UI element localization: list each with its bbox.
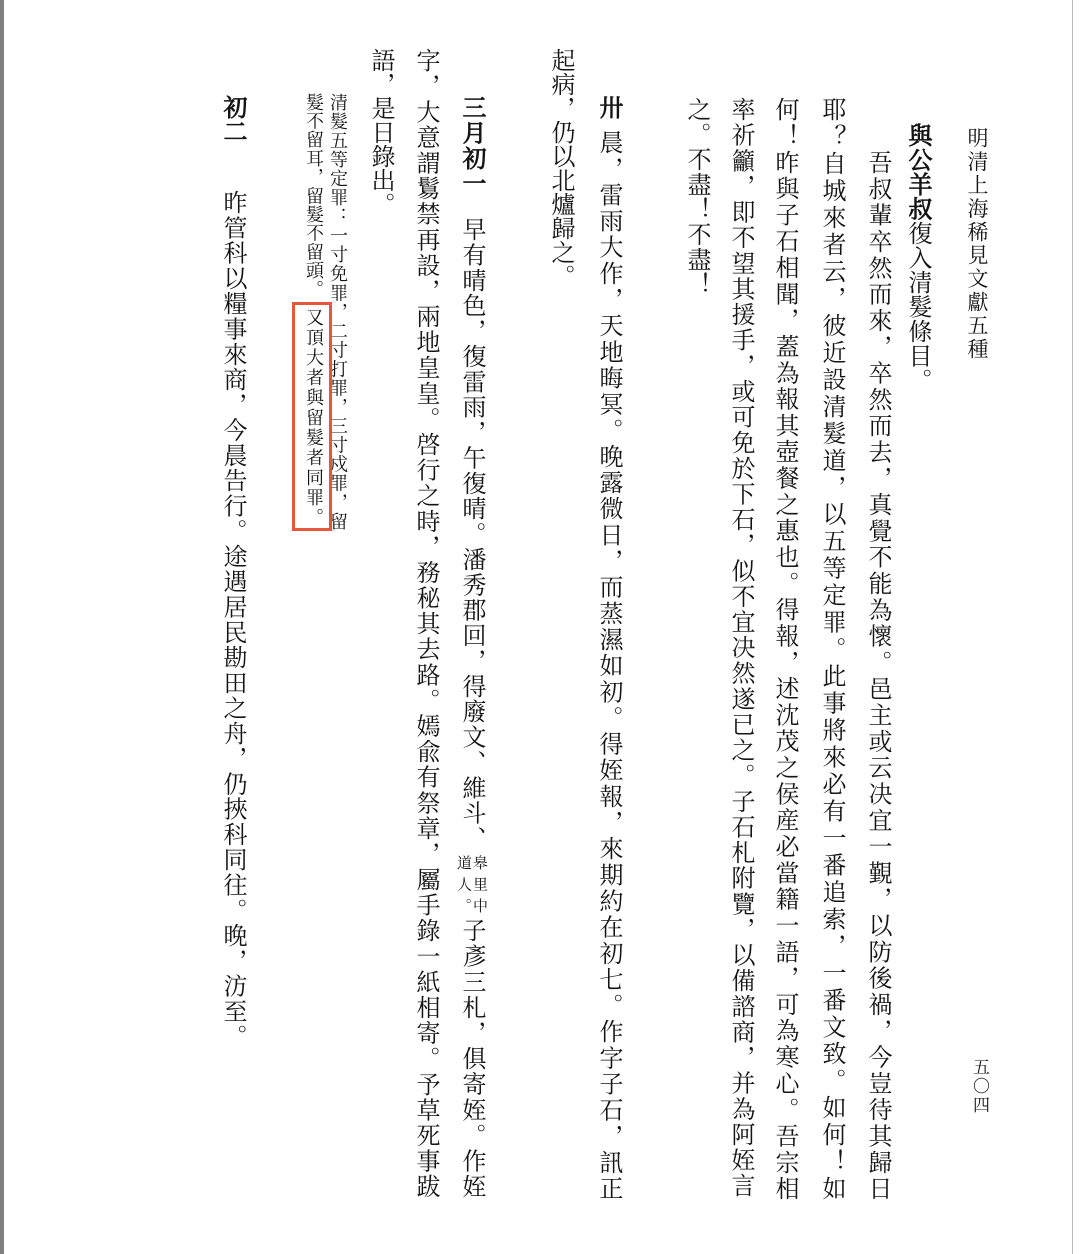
letter-line-1: 吾叔輩卒然而來，卒然而去，真覺不能為懷。邑主或云决宜一覲，以防後禍，今豈待其歸日 bbox=[866, 150, 890, 1200]
entry-3-1-line-2: 字，大意謂鬄禁再設，兩地皇皇。啓行之時，務秘其去路。嫣兪有祭章，屬手錄一紙相寄。… bbox=[414, 48, 438, 1198]
footnote-left-column: 髮不留耳，留髮不留頭。 bbox=[304, 93, 322, 298]
letter-line-3: 何！昨與子石相聞，蓋為報其壺餐之惠也。得報，述沈茂之侯産必當籍一語，可為寒心。吾… bbox=[773, 97, 797, 1200]
letter-recipient: 與公羊叔 bbox=[904, 123, 933, 221]
letter-line-4: 率祈籲，即不望其援手，或可免於下石，似不宜决然遂已之。子石札附覽，以備諮商，并為… bbox=[729, 97, 753, 1197]
letter-title: 與公羊叔復入清髮條目。 bbox=[906, 123, 930, 392]
letter-line-2: 耶？自城來者云，彼近設清髮道，以五等定罪。此事將來必有一番追索，一番文致。如何！… bbox=[820, 97, 844, 1200]
scan-left-edge bbox=[0, 0, 4, 1254]
entry-3-1-line-1-before-note: 早有晴色，復雷雨，午復晴。潘秀郡回，得廢文、維斗、 bbox=[460, 217, 484, 850]
inline-note-left: 道人。 bbox=[456, 855, 471, 913]
entry-30-line-2: 起病，仍以北爐歸之。 bbox=[549, 48, 573, 288]
letter-line-5: 之。不盡！不盡！ bbox=[685, 97, 709, 297]
entry-2-line-1: 昨管科以糧事來商，今晨告行。途遇居民勘田之舟，仍挾科同往。晚，汸至。 bbox=[221, 190, 245, 1048]
running-title: 明清上海稀見文獻五種 bbox=[966, 127, 987, 359]
entry-3-1-line-1-after-note: 子彥三札，俱寄姪。作姪 bbox=[460, 918, 484, 1198]
entry-30-line-1: 晨，雷雨大作，天地晦冥。晚露微日，而蒸濕如初。得姪報，來期約在初七。作字子石，訊… bbox=[597, 130, 621, 1200]
entry-3-1-line-3: 語，是日錄出。 bbox=[369, 48, 393, 216]
entry-date-30: 卅 bbox=[597, 95, 621, 119]
entry-date-second: 初二 bbox=[221, 95, 245, 143]
inline-note-right: 皋里中 bbox=[472, 855, 487, 913]
highlight-box bbox=[292, 302, 332, 531]
page-number: 五〇四 bbox=[970, 1058, 987, 1113]
scan-right-edge bbox=[1072, 0, 1073, 1254]
entry-date-third-month-1: 三月初一 bbox=[460, 95, 484, 195]
letter-title-rest: 復入清髮條目。 bbox=[904, 221, 932, 392]
